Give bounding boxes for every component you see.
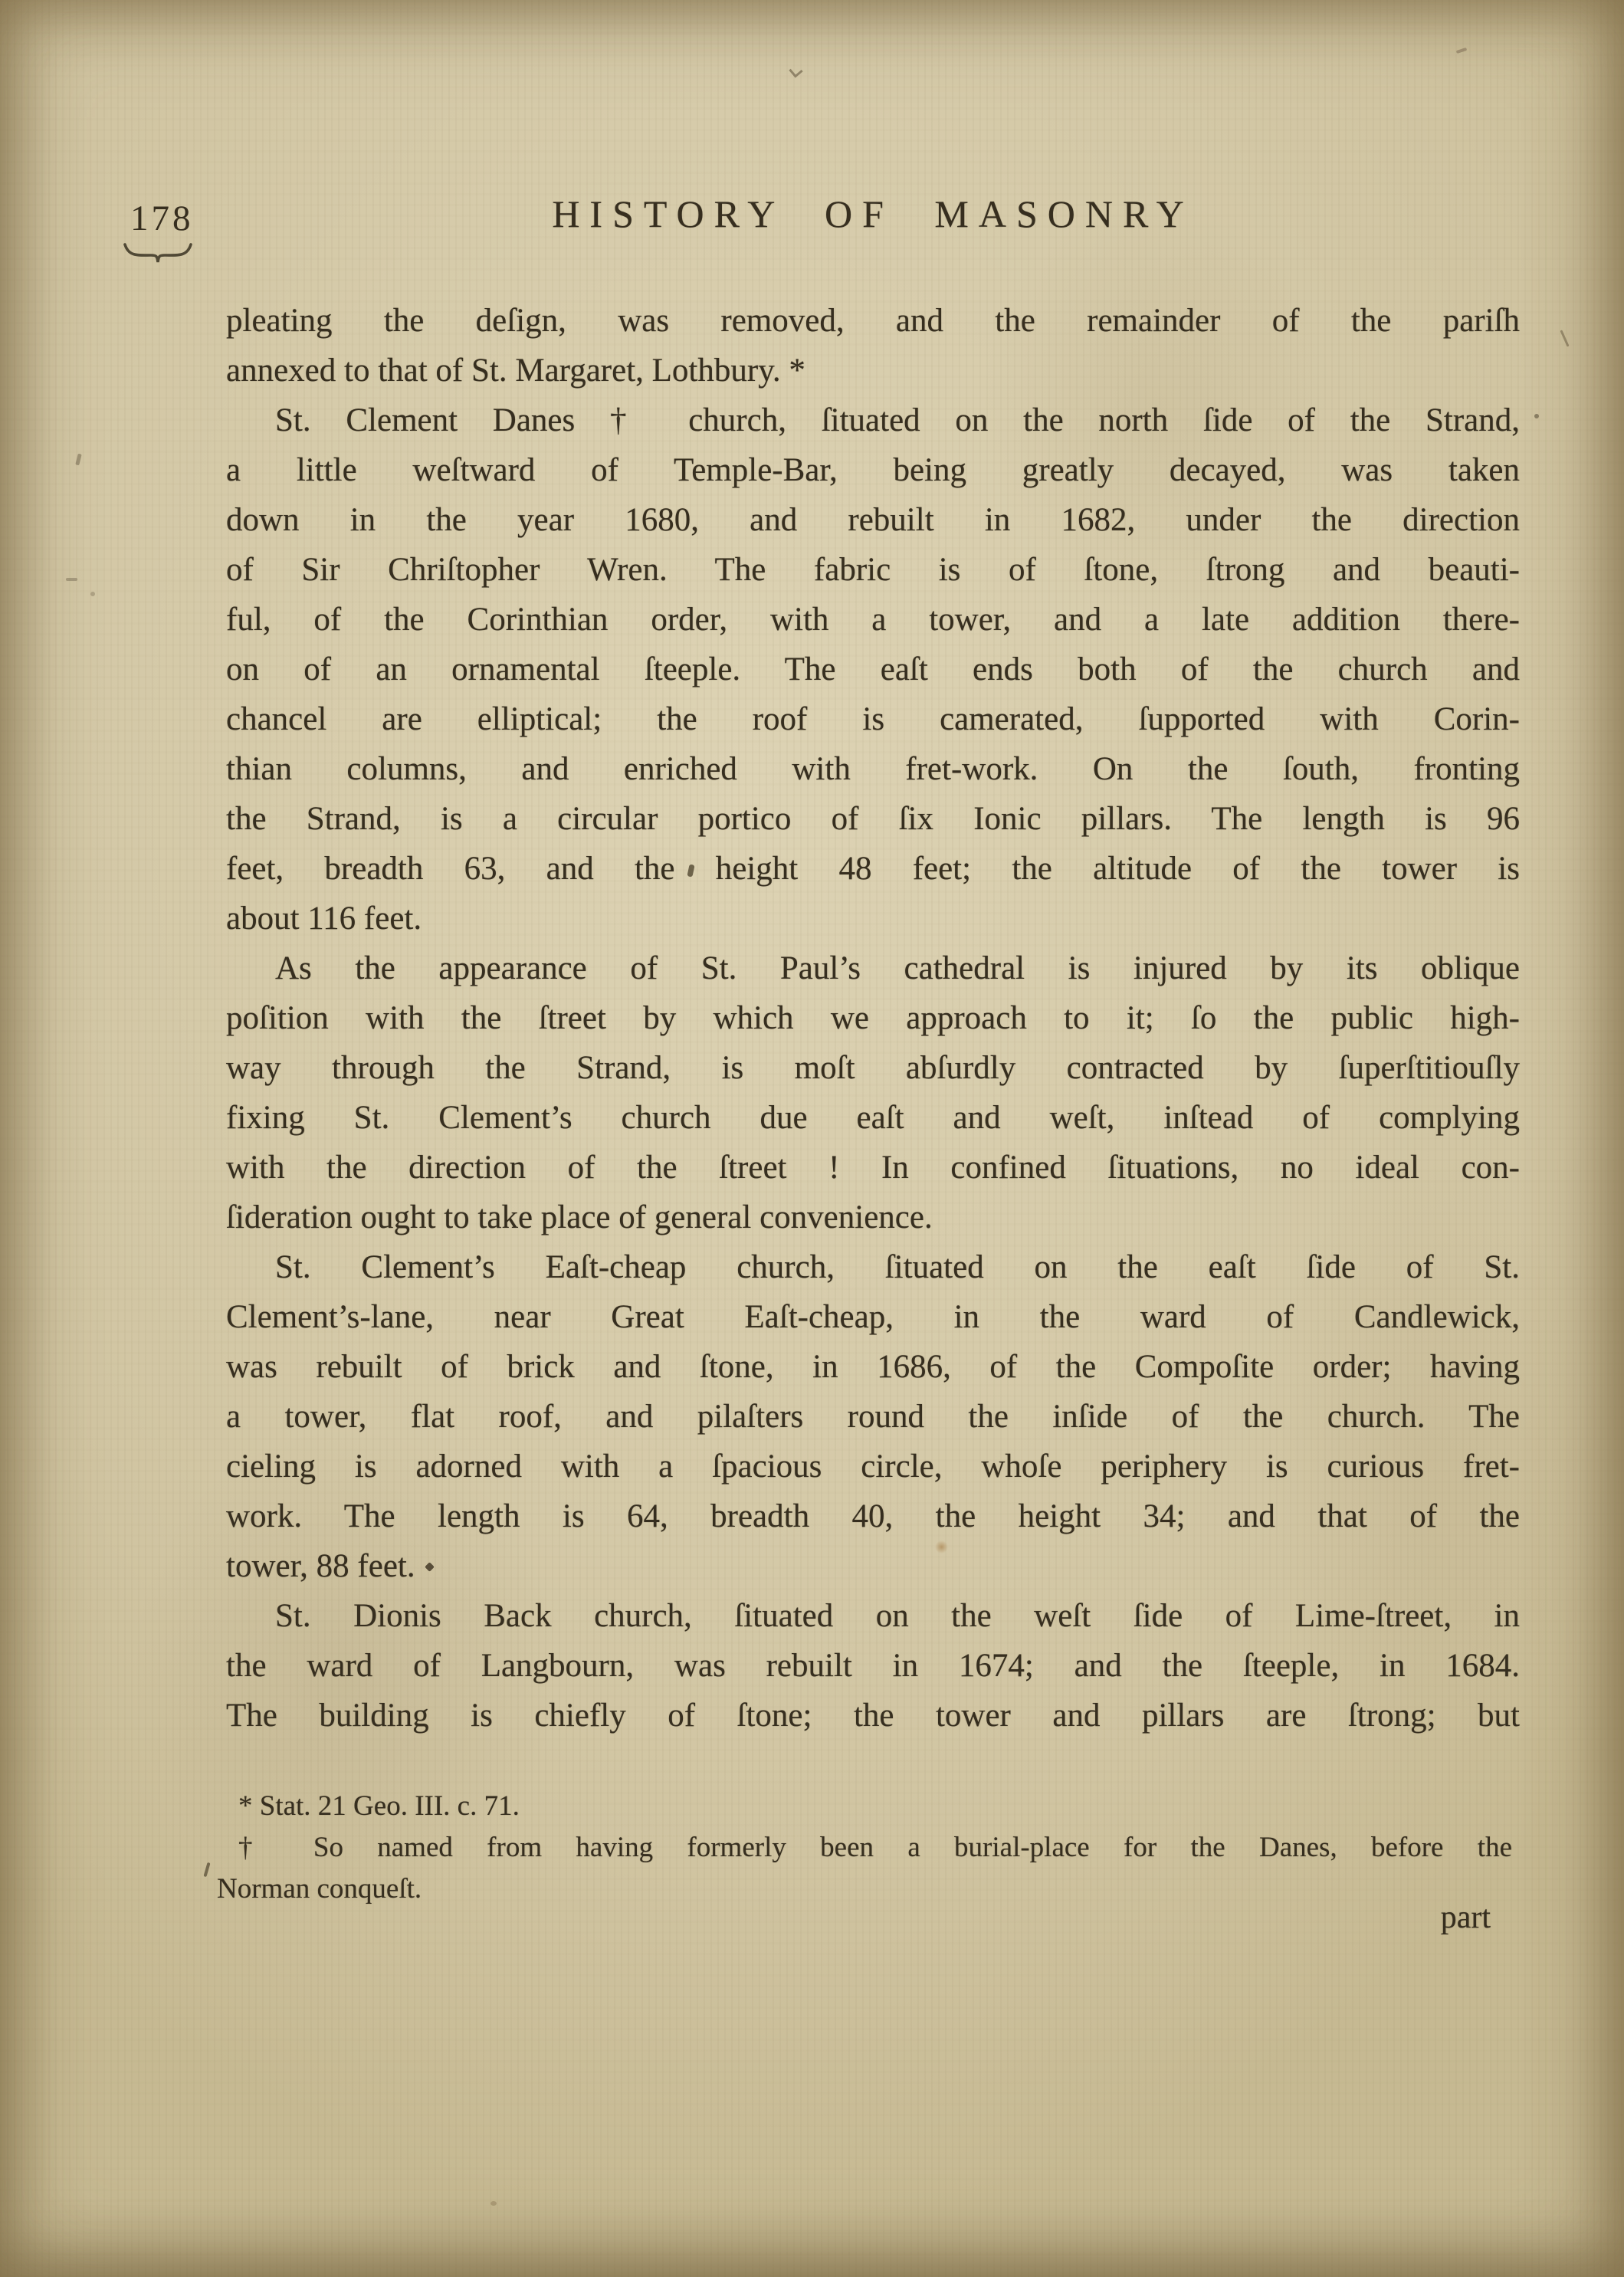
text-line: As the appearance of St. Paul’s cathedra… <box>226 943 1520 993</box>
text-line: Clement’s-lane, near Great Eaſt-cheap, i… <box>226 1292 1520 1342</box>
paper-spot <box>490 2201 497 2206</box>
text-line: the Strand, is a circular portico of ſix… <box>226 794 1520 844</box>
catchword: part <box>226 1899 1520 1936</box>
text-line: ſideration ought to take place of genera… <box>226 1193 1520 1242</box>
page-title: HISTORY OF MASONRY <box>226 192 1520 236</box>
ink-speck <box>203 1862 210 1877</box>
footnotes: * Stat. 21 Geo. III. c. 71. † So named f… <box>217 1786 1512 1910</box>
margin-mark <box>1456 48 1468 54</box>
text-line: feet, breadth 63, and the height 48 feet… <box>226 844 1520 894</box>
ink-speck <box>789 64 802 77</box>
text-line: down in the year 1680, and rebuilt in 16… <box>226 495 1520 545</box>
text-line: chancel are elliptical; the roof is came… <box>226 694 1520 744</box>
text-line: was rebuilt of brick and ſtone, in 1686,… <box>226 1342 1520 1392</box>
ink-speck <box>1534 414 1539 418</box>
text-line: fixing St. Clement’s church due eaſt and… <box>226 1093 1520 1143</box>
text-line: the ward of Langbourn, was rebuilt in 16… <box>226 1641 1520 1691</box>
text-line: annexed to that of St. Margaret, Lothbur… <box>226 346 1520 395</box>
text-line: St. Clement Danes † church, ſituated on … <box>226 395 1520 445</box>
text-line: St. Dionis Back church, ſituated on the … <box>226 1591 1520 1641</box>
margin-mark <box>90 592 95 596</box>
margin-mark <box>75 454 81 466</box>
text-line: with the direction of the ſtreet ! In co… <box>226 1143 1520 1193</box>
text-line: ful, of the Corinthian order, with a tow… <box>226 595 1520 645</box>
text-line: cieling is adorned with a ſpacious circl… <box>226 1442 1520 1491</box>
margin-mark <box>1560 330 1569 346</box>
text-line: pleating the deſign, was removed, and th… <box>226 296 1520 346</box>
text-line: way through the Strand, is moſt abſurdly… <box>226 1043 1520 1093</box>
text-line: thian columns, and enriched with fret-wo… <box>226 744 1520 794</box>
text-line: about 116 feet. <box>226 894 1520 943</box>
footnote-line: † So named from having formerly been a b… <box>217 1827 1512 1869</box>
text-line: St. Clement’s Eaſt-cheap church, ſituate… <box>226 1242 1520 1292</box>
page-number-brace-icon <box>123 242 193 265</box>
scanned-book-page: 178 HISTORY OF MASONRY pleating the deſi… <box>0 0 1624 2277</box>
text-line: poſition with the ſtreet by which we app… <box>226 993 1520 1043</box>
text-line: work. The length is 64, breadth 40, the … <box>226 1491 1520 1541</box>
margin-mark <box>66 578 77 581</box>
page-number: 178 <box>130 198 194 239</box>
text-line: tower, 88 feet. <box>226 1541 1520 1591</box>
text-line: The building is chiefly of ſtone; the to… <box>226 1691 1520 1741</box>
text-line: on of an ornamental ſteeple. The eaſt en… <box>226 645 1520 694</box>
text-line: a tower, flat roof, and pilaſters round … <box>226 1392 1520 1442</box>
footnote-line: * Stat. 21 Geo. III. c. 71. <box>217 1786 1512 1827</box>
text-line: a little weſtward of Temple-Bar, being g… <box>226 445 1520 495</box>
body-text: pleating the deſign, was removed, and th… <box>226 296 1520 1741</box>
text-line: of Sir Chriſtopher Wren. The fabric is o… <box>226 545 1520 595</box>
